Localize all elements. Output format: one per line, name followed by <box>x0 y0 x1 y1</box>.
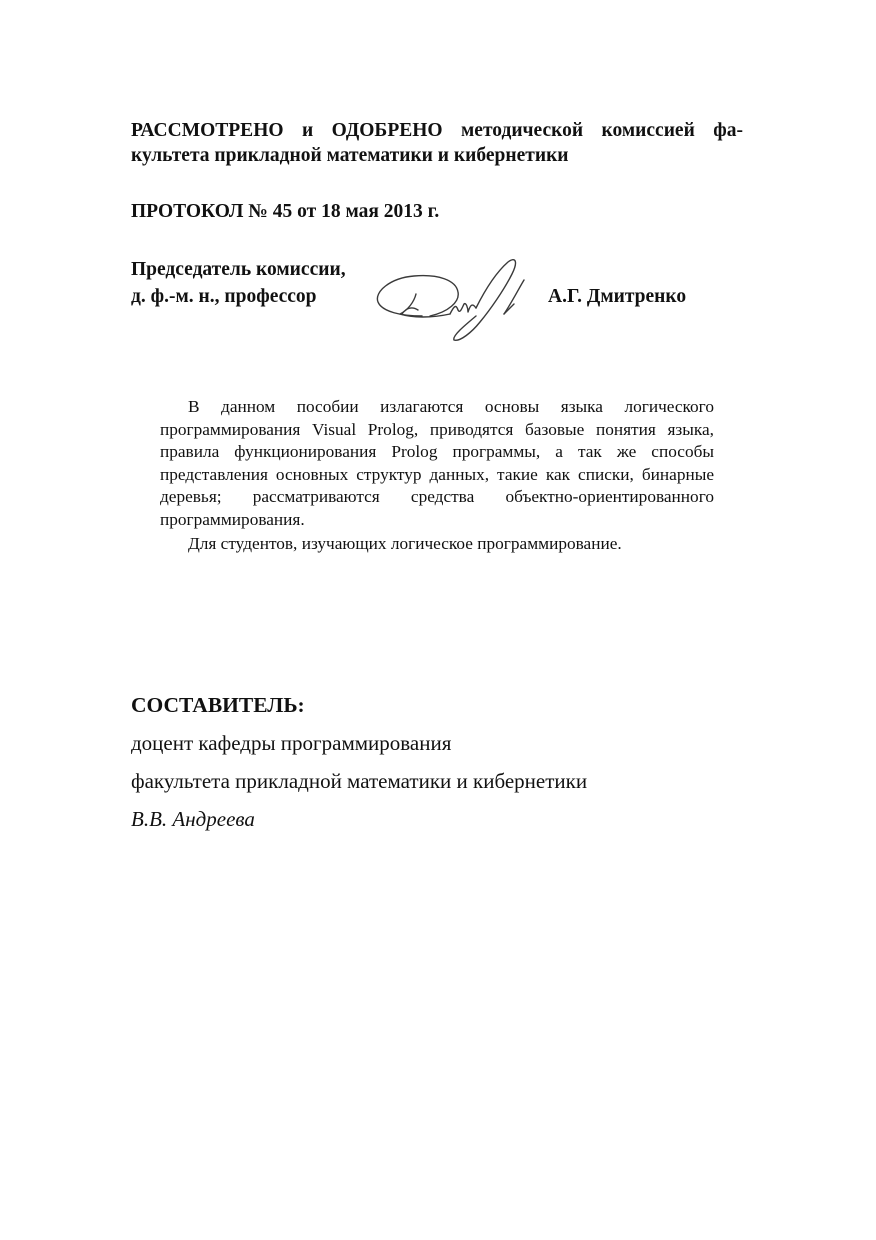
approval-statement: РАССМОТРЕНО и ОДОБРЕНО методической коми… <box>131 118 743 168</box>
compiler-name: В.В. Андреева <box>131 800 587 838</box>
compiler-faculty: факультета прикладной математики и кибер… <box>131 762 587 800</box>
abstract-paragraph-1: В данном пособии излагаются основы языка… <box>160 396 714 531</box>
chair-title-line-1: Председатель комиссии, <box>131 256 346 283</box>
compiler-position: доцент кафедры программирования <box>131 724 587 762</box>
signature-icon <box>372 256 540 346</box>
chair-name: А.Г. Дмитренко <box>548 283 686 310</box>
protocol-number: ПРОТОКОЛ № 45 от 18 мая 2013 г. <box>131 199 439 224</box>
chair-title-line-2: д. ф.-м. н., профессор <box>131 283 346 310</box>
approval-line-1: РАССМОТРЕНО и ОДОБРЕНО методической коми… <box>131 118 743 143</box>
compiler-block: СОСТАВИТЕЛЬ: доцент кафедры программиров… <box>131 686 587 838</box>
compiler-heading: СОСТАВИТЕЛЬ: <box>131 686 587 724</box>
approval-line-2: культета прикладной математики и киберне… <box>131 143 743 168</box>
abstract: В данном пособии излагаются основы языка… <box>160 396 714 556</box>
commission-chair-title: Председатель комиссии, д. ф.-м. н., проф… <box>131 256 346 310</box>
abstract-paragraph-2: Для студентов, изучающих логическое прог… <box>160 533 714 556</box>
